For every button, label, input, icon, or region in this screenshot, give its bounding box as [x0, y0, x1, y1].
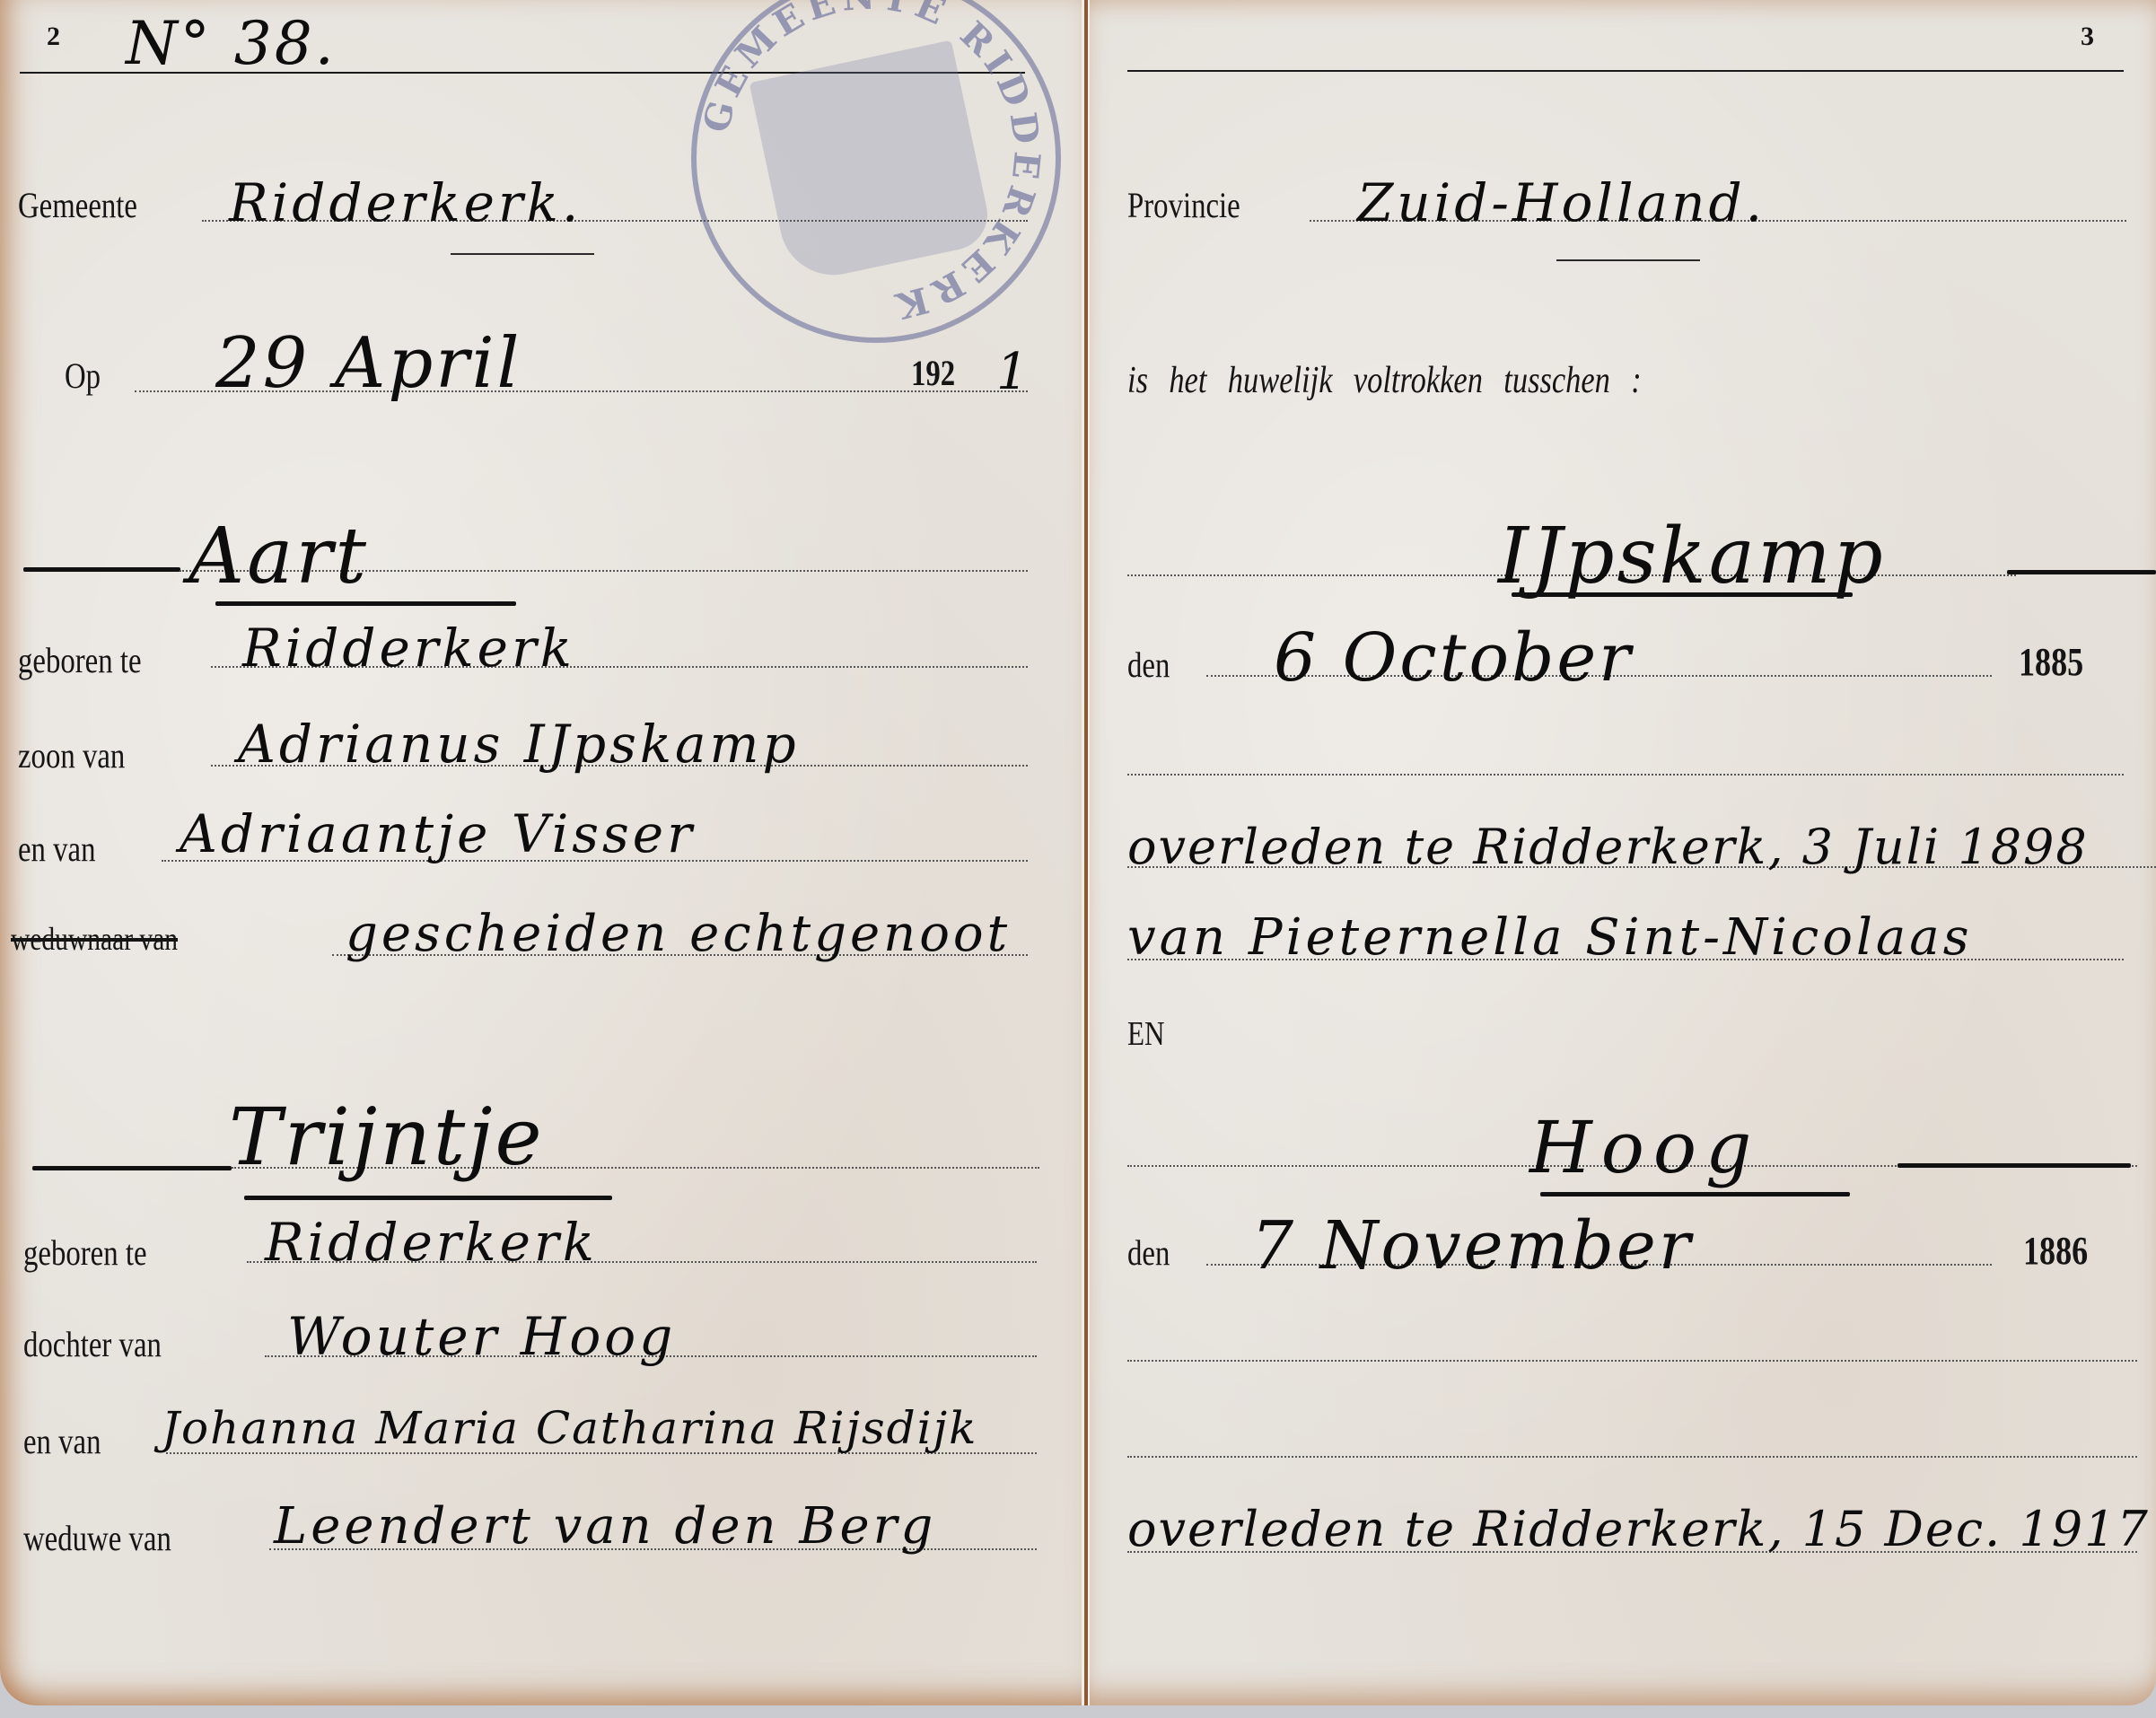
groom-and-of-label: en van [18, 828, 96, 870]
groom-born-value: Ridderkerk [242, 618, 575, 679]
header-rule [1127, 70, 2124, 72]
bride-daughter-of-label: dochter van [23, 1323, 162, 1365]
date-year-printed: 192 [911, 352, 955, 394]
date-value: 29 April [215, 323, 521, 404]
right-page: 3 Provincie Zuid-Holland. is het huwelij… [1090, 0, 2156, 1705]
groom-son-of-label: zoon van [18, 734, 125, 776]
groom-first-name: Aart [188, 512, 369, 601]
groom-widower-label-struck: weduwnaar van [11, 920, 178, 958]
municipality-label: Gemeente [18, 184, 137, 226]
bride-surname-trail-rule [1897, 1163, 2131, 1168]
municipal-stamp: GEMEENTE RIDDERKERK [691, 0, 1061, 343]
bride-born-label: geboren te [23, 1232, 147, 1274]
bride-name-underline [244, 1196, 612, 1200]
section-divider [451, 253, 594, 255]
date-year-handwritten: 1 [996, 343, 1032, 401]
marriage-statement: is het huwelijk voltrokken tusschen : [1127, 359, 1642, 402]
groom-father: Adrianus IJpskamp [238, 714, 800, 775]
bride-first-name: Trijntje [229, 1091, 545, 1183]
province-value: Zuid-Holland. [1357, 172, 1766, 233]
conjunction: EN [1127, 1014, 1165, 1054]
groom-deceased-note: overleden te Ridderkerk, 3 Juli 1898 [1127, 819, 2089, 875]
groom-surname-trail-rule [2007, 570, 2156, 574]
groom-surname-underline [1512, 592, 1853, 597]
groom-born-year: 1885 [2019, 639, 2083, 685]
bride-and-of-label: en van [23, 1420, 101, 1462]
groom-born-label: den [1127, 644, 1170, 686]
municipality-value: Ridderkerk. [229, 172, 582, 233]
groom-name-lead-rule [23, 567, 180, 572]
groom-name-underline [215, 601, 516, 606]
bride-surname-underline [1540, 1192, 1850, 1196]
bride-father: Wouter Hoog [287, 1306, 676, 1367]
page-number: 3 [2081, 22, 2094, 52]
bride-surname: Hoog [1529, 1106, 1760, 1189]
groom-born-label: geboren te [18, 639, 142, 681]
blank-line [1127, 1456, 2137, 1458]
bride-born-year: 1886 [2023, 1228, 2088, 1274]
page-number: 2 [47, 22, 60, 52]
date-label: Op [65, 355, 101, 397]
svg-text:GEMEENTE RIDDERKERK: GEMEENTE RIDDERKERK [695, 0, 1048, 329]
record-number: N° 38. [126, 9, 337, 78]
bride-deceased-note: overleden te Ridderkerk, 15 Dec. 1917 [1127, 1501, 2150, 1557]
bride-born-value: Ridderkerk [265, 1212, 598, 1273]
left-page: 2 N° 38. GEMEENTE RIDDERKERK Gemeente Ri… [0, 0, 1084, 1705]
groom-born-date: 6 October [1274, 619, 1634, 697]
blank-line [1127, 1360, 2137, 1362]
groom-status-value: gescheiden echtgenoot [346, 905, 1011, 963]
bride-born-date: 7 November [1251, 1207, 1693, 1284]
blank-line [1127, 774, 2124, 776]
province-label: Provincie [1127, 184, 1240, 226]
bride-widow-of: Leendert van den Berg [274, 1497, 936, 1556]
groom-mother: Adriaantje Visser [180, 803, 696, 864]
stamp-ring-icon: GEMEENTE RIDDERKERK [691, 0, 1050, 332]
groom-of-note: van Pieternella Sint-Nicolaas [1127, 908, 1972, 967]
bride-widow-label: weduwe van [23, 1517, 171, 1559]
bride-mother: Johanna Maria Catharina Rijsdijk [162, 1402, 977, 1454]
section-divider [1556, 259, 1700, 261]
bride-name-lead-rule [32, 1166, 232, 1170]
groom-surname: IJpskamp [1498, 512, 1886, 601]
bride-born-label: den [1127, 1232, 1170, 1274]
